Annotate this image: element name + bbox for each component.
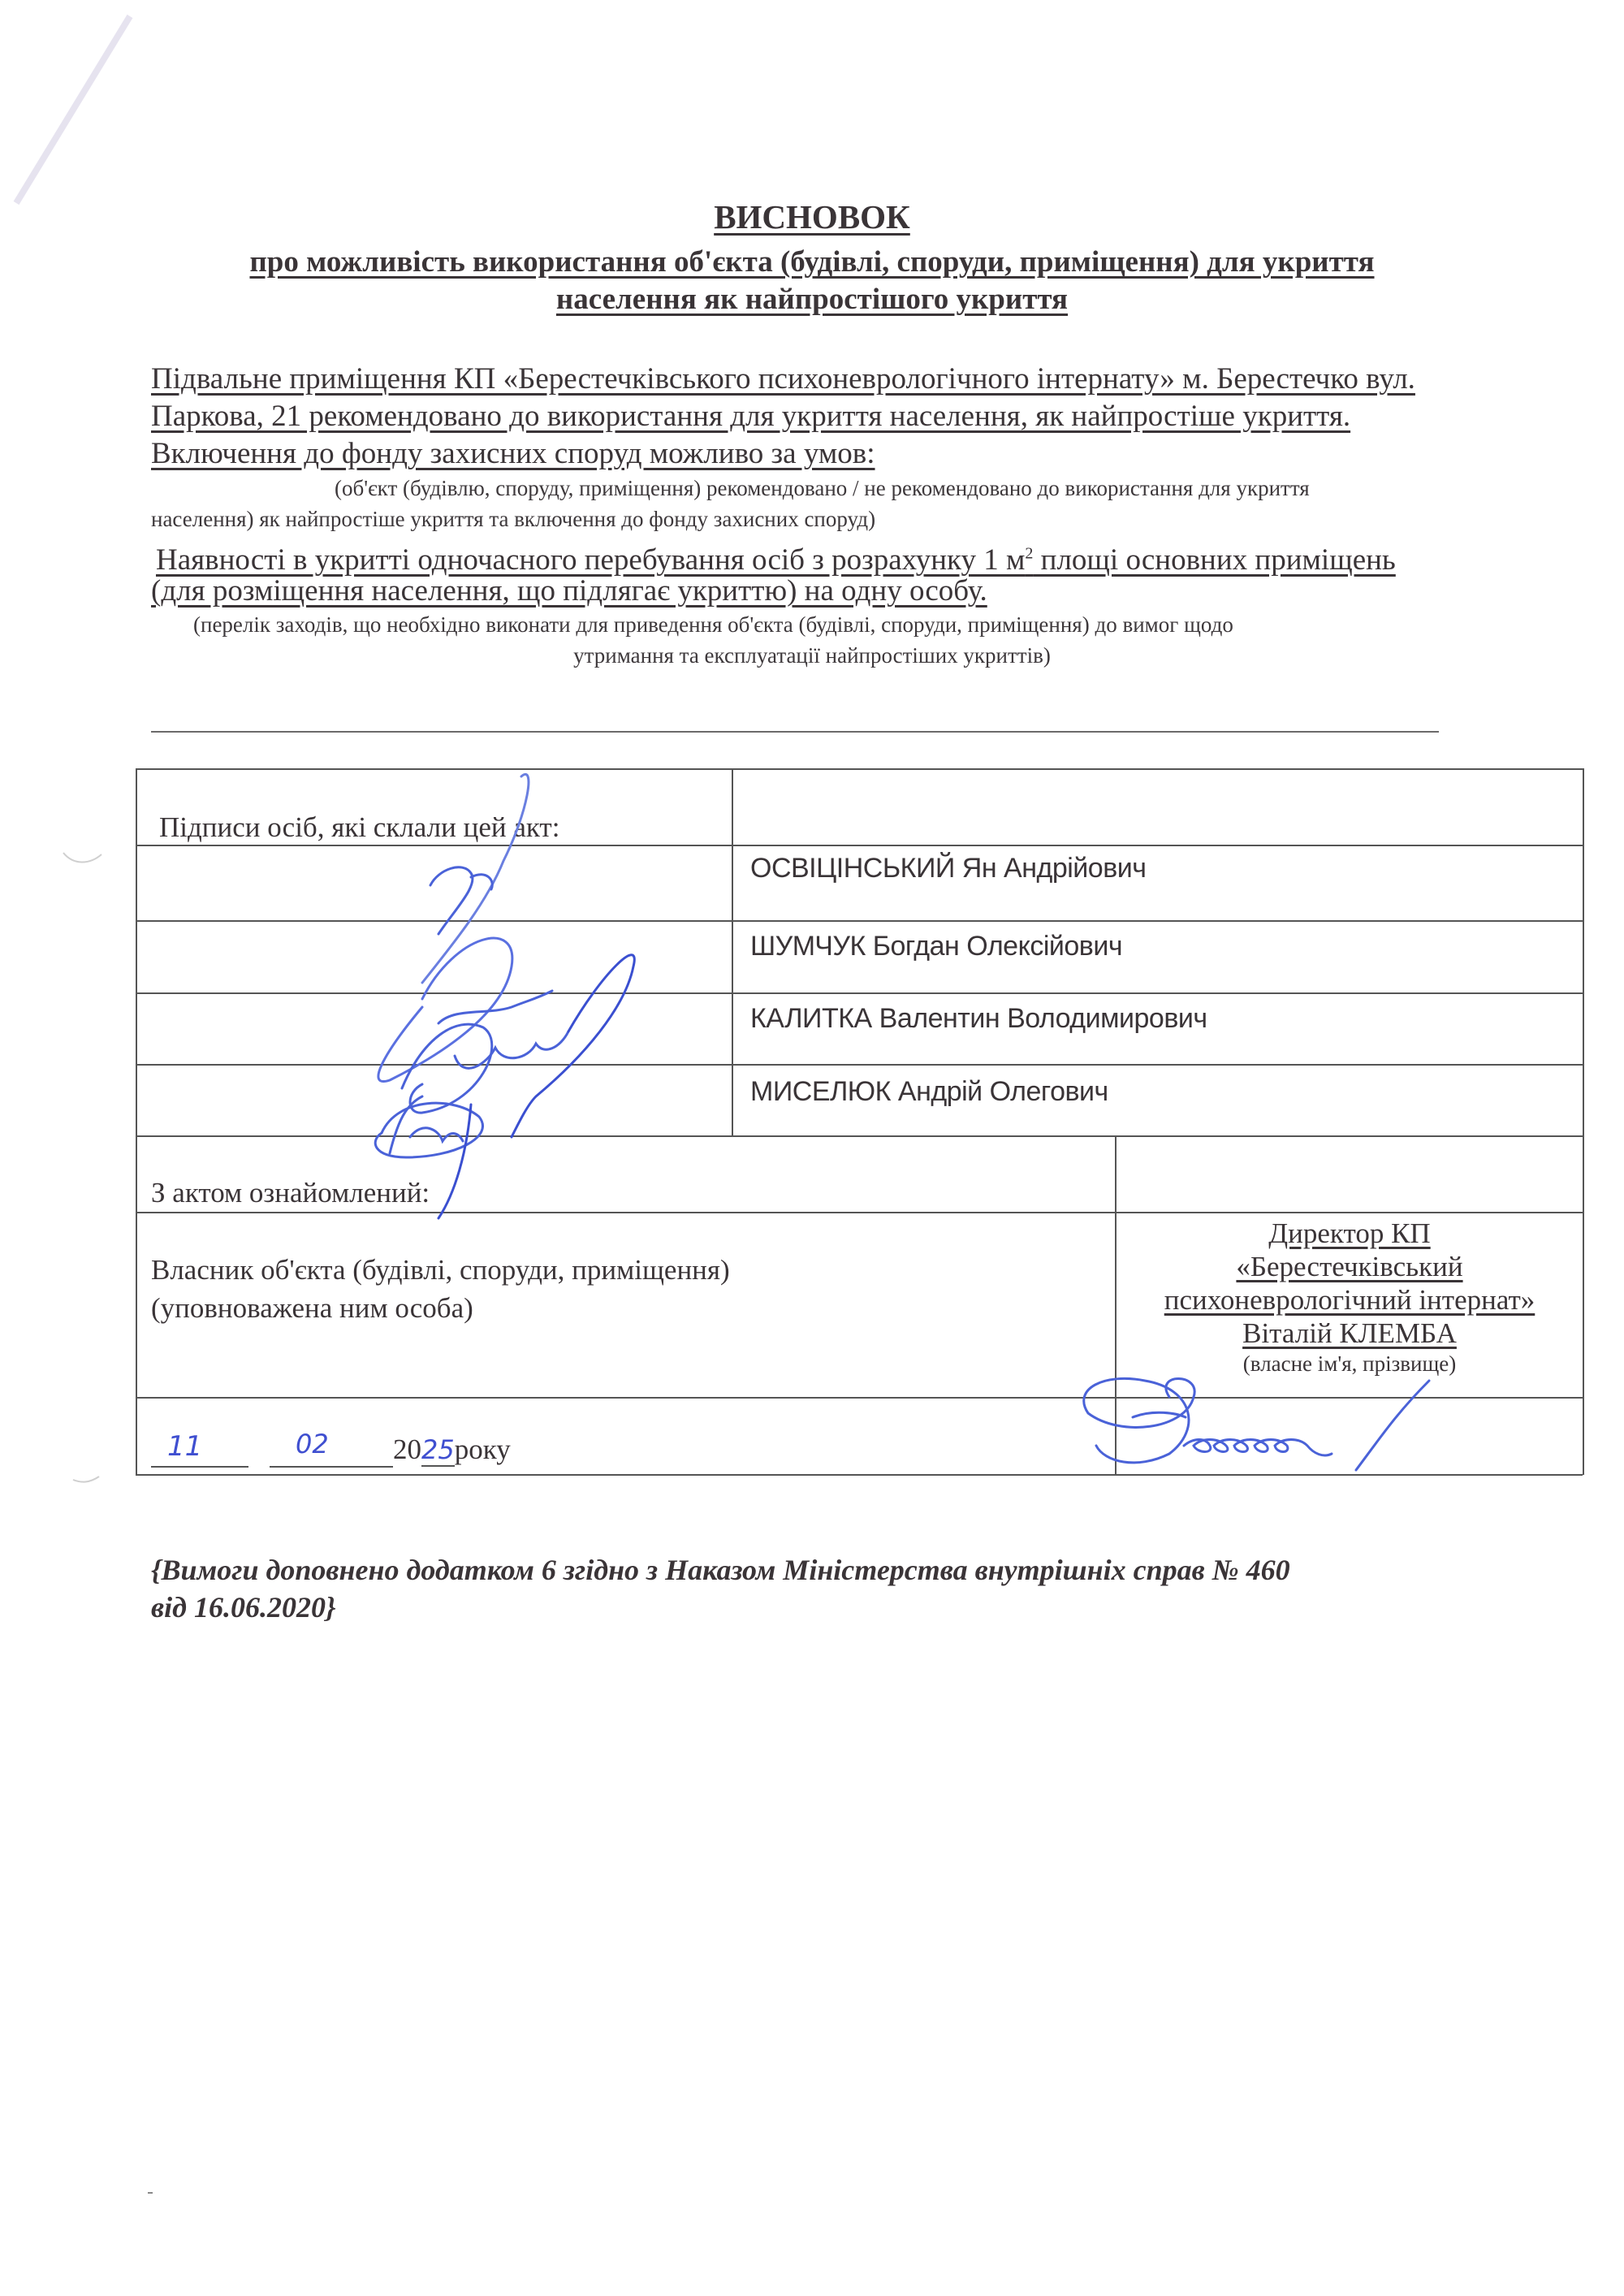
margin-marks (0, 0, 162, 2296)
director-signature (0, 0, 1624, 1624)
footnote-line-2: від 16.06.2020} (151, 1589, 1290, 1626)
footnote-line-1: {Вимоги доповнено додатком 6 згідно з На… (151, 1551, 1290, 1589)
legal-footnote: {Вимоги доповнено додатком 6 згідно з На… (151, 1551, 1290, 1626)
